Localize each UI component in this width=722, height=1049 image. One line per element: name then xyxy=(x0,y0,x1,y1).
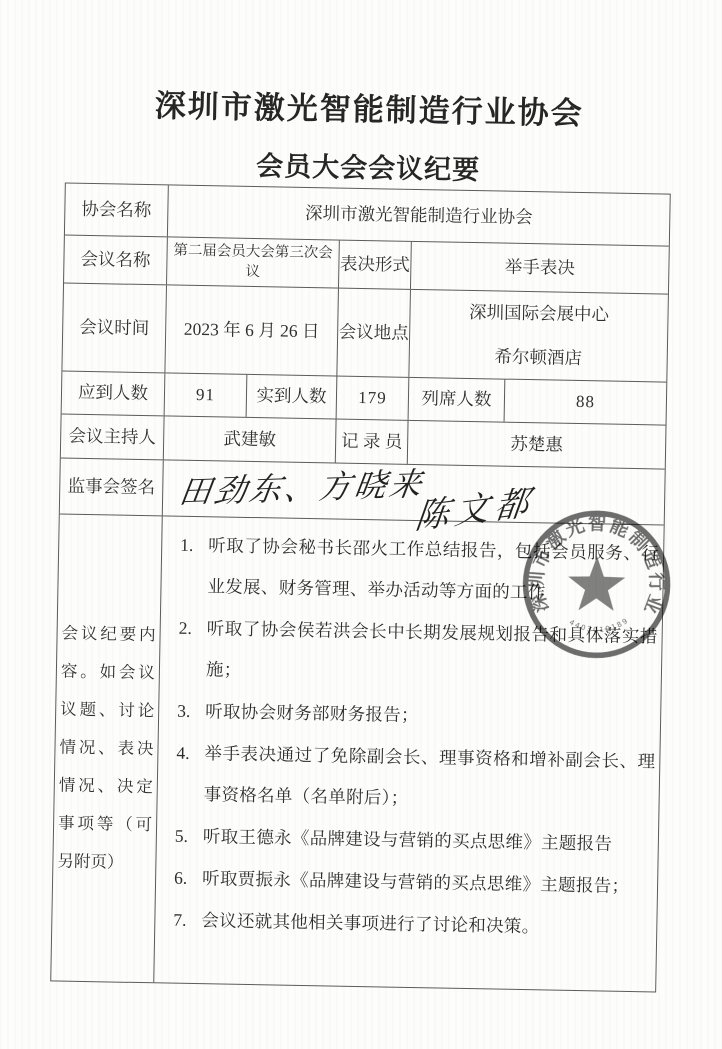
observers-count-value: 88 xyxy=(505,380,667,425)
venue-value: 深圳国际会展中心 希尔顿酒店 xyxy=(409,290,668,382)
actual-count-label: 实到人数 xyxy=(247,375,338,419)
venue-label: 会议地点 xyxy=(337,289,411,377)
expected-count-value: 91 xyxy=(165,373,248,416)
minutes-content-label: 会议纪要内容。如会议议题、讨论情况、表决情况、决定事项等（可另附页） xyxy=(51,514,163,982)
seal-registration-code: 4403010189 xyxy=(568,615,631,635)
meeting-name-value: 第二届会员大会第三次会议 xyxy=(167,237,340,287)
document-title-line1: 深圳市激光智能制造行业协会 xyxy=(8,77,722,135)
minutes-item-5: 听取王德永《品牌建设与营销的买点思维》主题报告 xyxy=(175,816,655,866)
expected-count-label: 应到人数 xyxy=(62,372,166,416)
minutes-item-6: 听取贾振永《品牌建设与营销的买点思维》主题报告； xyxy=(174,858,654,908)
minutes-item-7: 会议还就其他相关事项进行了讨论和决策。 xyxy=(173,900,653,950)
host-value: 武建敏 xyxy=(164,416,337,462)
meeting-time-label: 会议时间 xyxy=(62,284,167,373)
meeting-name-label: 会议名称 xyxy=(64,236,168,285)
actual-count-value: 179 xyxy=(337,377,410,420)
supervisors-label: 监事会签名 xyxy=(60,459,164,516)
recorder-label: 记 录 员 xyxy=(336,420,409,464)
supervisor-signature-handwriting: 田劲东、方晓来 xyxy=(176,463,427,515)
association-value: 深圳市激光智能制造行业协会 xyxy=(168,185,670,245)
official-seal: 深圳市激光智能制造行业协会 4403010189 xyxy=(515,503,678,666)
recorder-value: 苏楚惠 xyxy=(408,421,666,469)
venue-value-line1: 深圳国际会展中心 xyxy=(469,301,609,327)
vote-form-label: 表决形式 xyxy=(339,241,412,289)
vote-form-value: 举手表决 xyxy=(411,242,669,294)
star-icon xyxy=(568,556,626,611)
seal-graphic: 深圳市激光智能制造行业协会 4403010189 xyxy=(515,503,678,666)
observers-count-label: 列席人数 xyxy=(409,378,506,422)
scanned-document: 深圳市激光智能制造行业协会 会员大会会议纪要 协会名称 深圳市激光智能制造行业协… xyxy=(0,0,722,1049)
row-meeting-time: 会议时间 2023 年 6 月 26 日 会议地点 深圳国际会展中心 希尔顿酒店 xyxy=(62,284,668,383)
minutes-item-3: 听取协会财务部财务报告； xyxy=(177,691,657,741)
venue-value-line2: 希尔顿酒店 xyxy=(494,345,582,370)
seal-organization-text: 深圳市激光智能制造行业协会 xyxy=(515,503,670,618)
meeting-time-value: 2023 年 6 月 26 日 xyxy=(165,285,339,375)
host-label: 会议主持人 xyxy=(61,415,165,460)
minutes-item-4: 举手表决通过了免除副会长、理事资格和增补副会长、理事资格名单（名单附后）； xyxy=(175,733,655,824)
association-label: 协会名称 xyxy=(65,184,169,237)
